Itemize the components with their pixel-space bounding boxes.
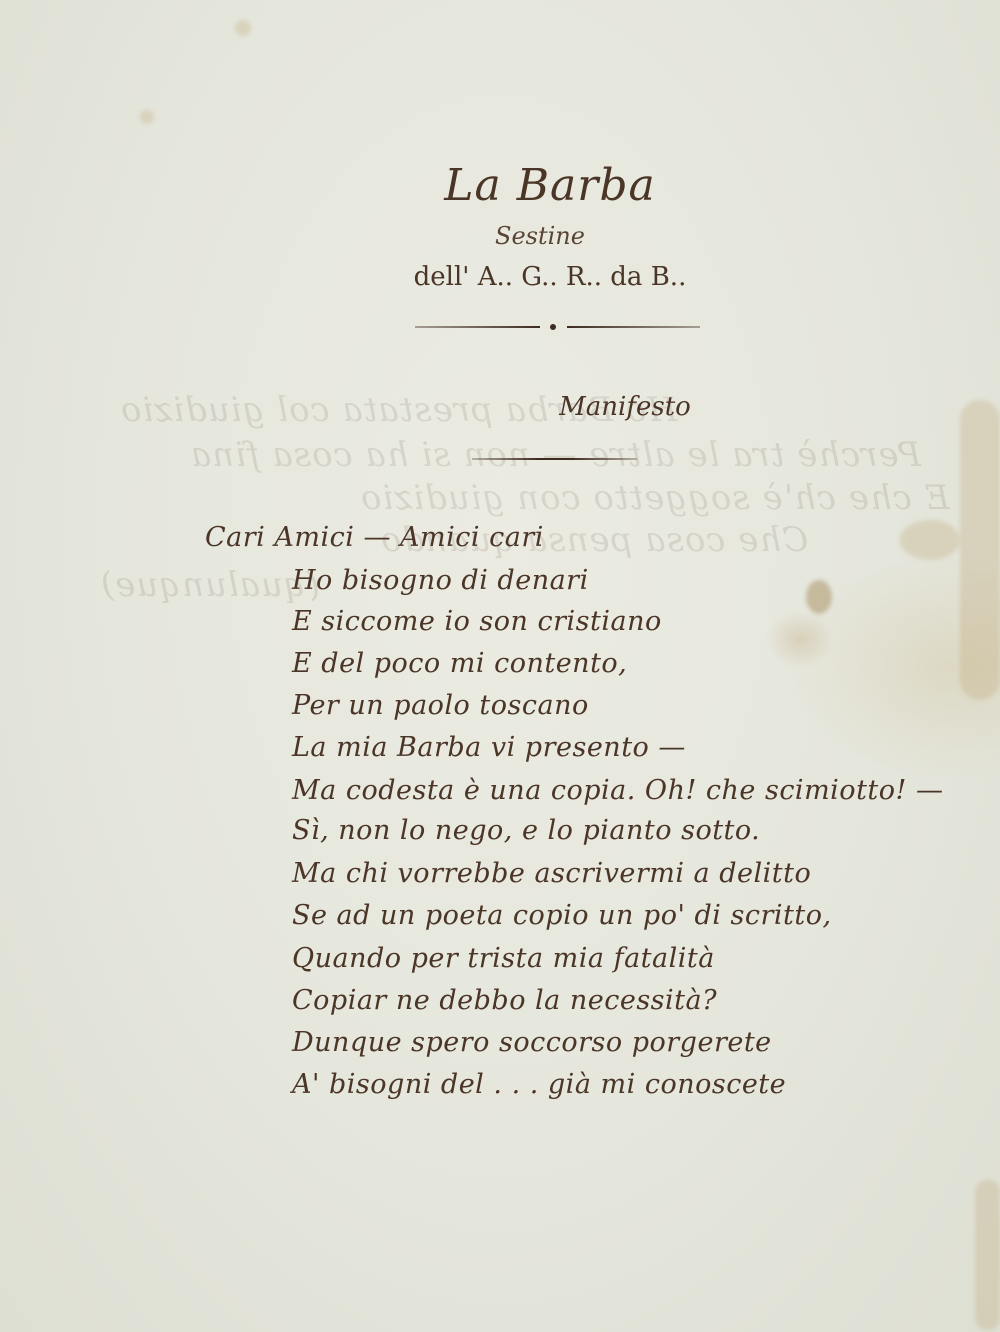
divider-dot	[550, 324, 556, 330]
poem-line: Cari Amici — Amici cari	[205, 522, 544, 553]
document-subtitle: Sestine	[40, 222, 1000, 250]
poem-line: Copiar ne debbo la necessità?	[292, 985, 717, 1016]
paper-stain	[140, 110, 154, 124]
document-author: dell' A.. G.. R.. da B..	[50, 262, 1000, 292]
bleed-through-text: E che ch'è soggetto con giudizio	[360, 478, 950, 518]
poem-line: Per un paolo toscano	[292, 690, 589, 721]
poem-line: Dunque spero soccorso porgerete	[292, 1027, 772, 1058]
paper-stain	[235, 20, 251, 36]
manuscript-page: Ho Barba prestata col giudizio Perchè tr…	[0, 0, 1000, 1332]
section-heading: Manifesto	[125, 392, 1000, 422]
poem-line: E siccome io son cristiano	[292, 606, 662, 637]
poem-line: Se ad un poeta copio un po' di scritto,	[292, 900, 832, 931]
ornamental-divider	[415, 325, 700, 329]
paper-stain	[975, 1180, 1000, 1330]
poem-line: La mia Barba vi presento —	[292, 732, 686, 763]
poem-line: E del poco mi contento,	[292, 648, 627, 679]
divider-right-stroke	[567, 326, 700, 328]
divider-left-stroke	[415, 326, 540, 328]
document-title: La Barba	[50, 160, 1000, 211]
poem-line: A' bisogni del . . . già mi conoscete	[292, 1069, 786, 1100]
poem-line: Ho bisogno di denari	[292, 565, 589, 596]
paper-stain	[960, 400, 1000, 700]
heading-underline	[472, 458, 637, 460]
poem-line: Ma chi vorrebbe ascrivermi a delitto	[292, 858, 811, 889]
bleed-through-text: Perchè tra le altre — non si ha cosa fin…	[190, 435, 921, 475]
poem-line: Ma codesta è una copia. Oh! che scimiott…	[292, 775, 943, 806]
poem-line: Sì, non lo nego, e lo pianto sotto.	[292, 815, 760, 846]
paper-stain	[900, 520, 960, 560]
paper-stain	[806, 580, 832, 614]
bleed-through-text: (qualunque)	[100, 565, 320, 605]
poem-line: Quando per trista mia fatalità	[292, 943, 715, 974]
